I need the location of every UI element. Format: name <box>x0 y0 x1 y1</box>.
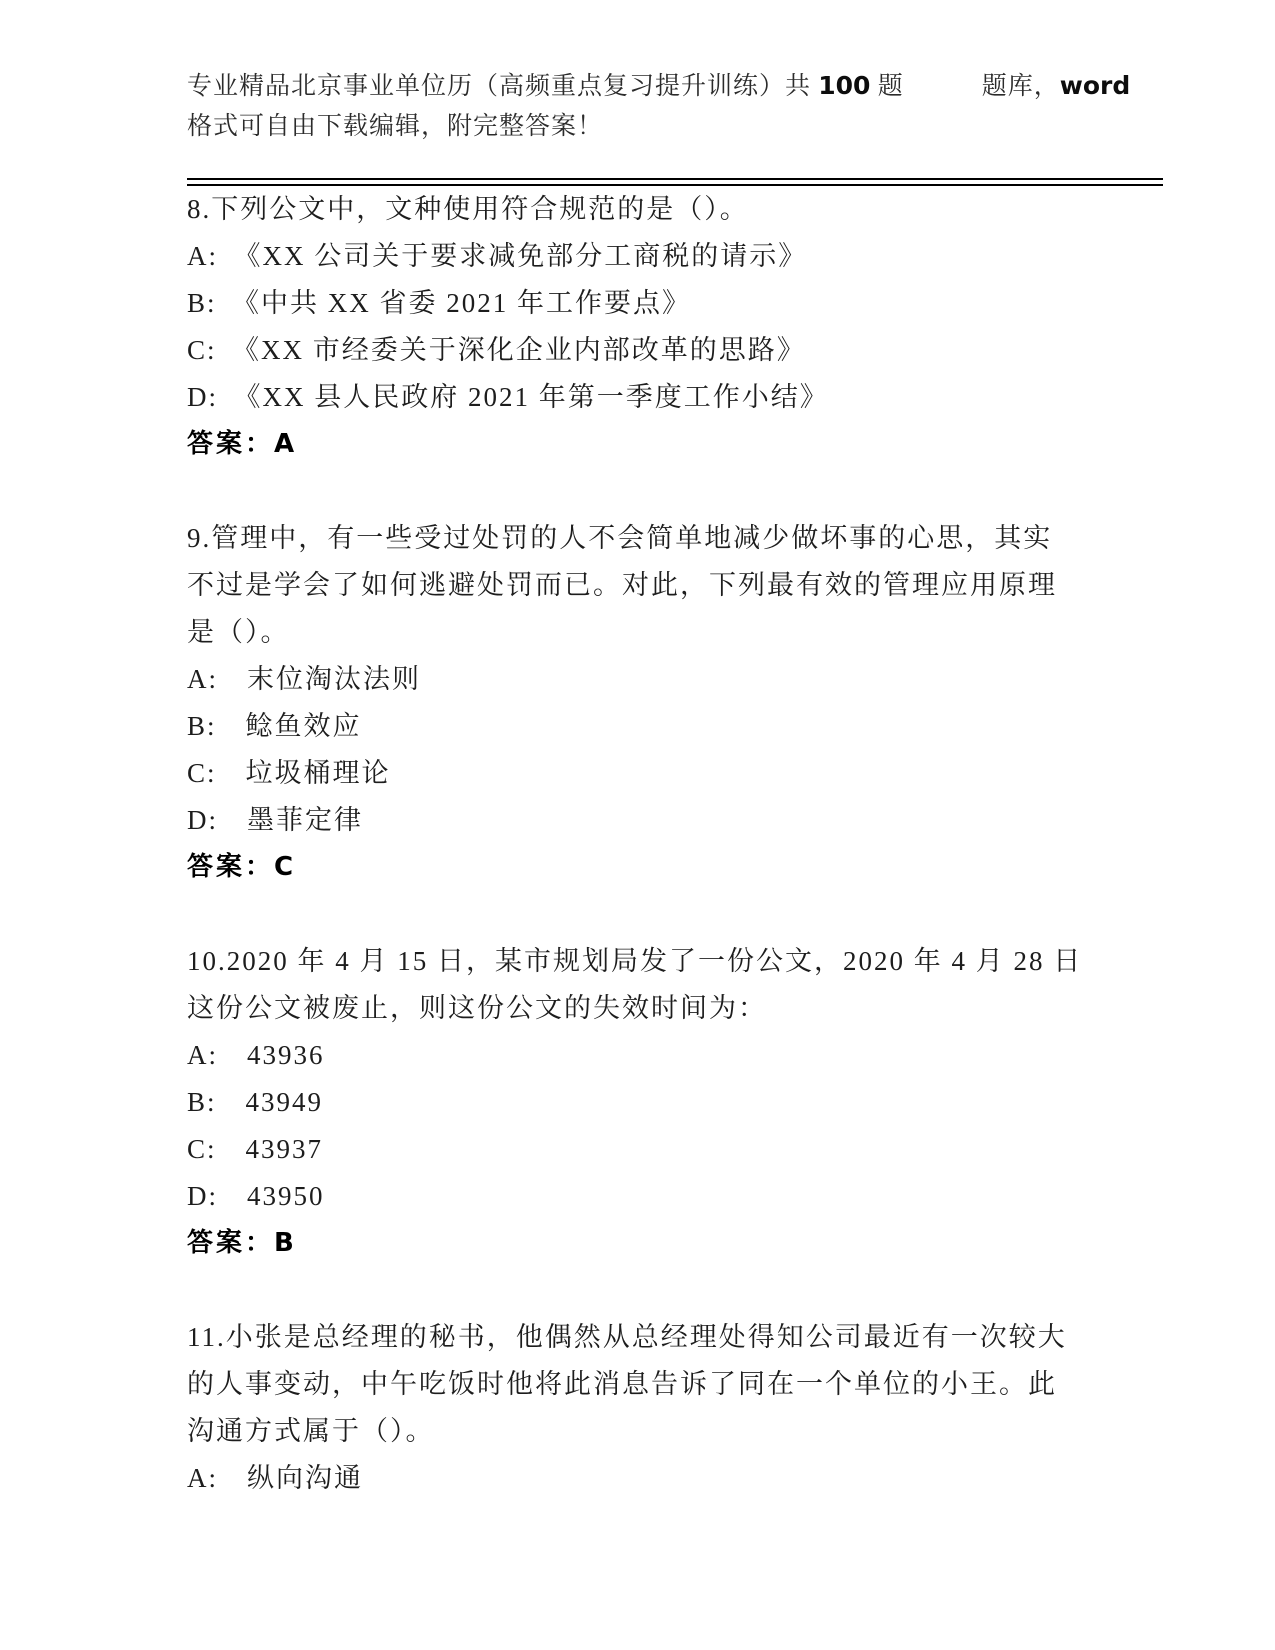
question-10-option-a: A: 43936 <box>187 1032 1163 1079</box>
question-10-option-c: C: 43937 <box>187 1126 1163 1173</box>
question-11-stem-line-1: 11.小张是总经理的秘书，他偶然从总经理处得知公司最近有一次较大 <box>187 1314 1163 1361</box>
question-9-option-c: C: 垃圾桶理论 <box>187 750 1163 797</box>
question-11-option-a: A: 纵向沟通 <box>187 1455 1163 1502</box>
header-rule <box>187 178 1163 186</box>
answer-value: B <box>274 1228 297 1258</box>
question-10-option-b: B: 43949 <box>187 1079 1163 1126</box>
question-9-stem-line-3: 是（）。 <box>187 609 1163 656</box>
question-9-option-d: D: 墨菲定律 <box>187 797 1163 844</box>
header-line-1: 专业精品北京事业单位历（高频重点复习提升训练）共 100 题 题库，word <box>187 66 1163 107</box>
question-11-stem-line-2: 的人事变动，中午吃饭时他将此消息告诉了同在一个单位的小王。此 <box>187 1361 1163 1408</box>
question-10: 10.2020 年 4 月 15 日，某市规划局发了一份公文，2020 年 4 … <box>187 938 1163 1267</box>
header-title-text: 专业精品北京事业单位历（高频重点复习提升训练）共 <box>187 73 818 100</box>
question-11: 11.小张是总经理的秘书，他偶然从总经理处得知公司最近有一次较大 的人事变动，中… <box>187 1314 1163 1502</box>
question-9-stem-line-1: 9.管理中，有一些受过处罚的人不会简单地减少做坏事的心思，其实 <box>187 515 1163 562</box>
question-10-option-d: D: 43950 <box>187 1173 1163 1220</box>
question-9-stem-line-2: 不过是学会了如何逃避处罚而已。对此，下列最有效的管理应用原理 <box>187 562 1163 609</box>
question-9-answer: 答案：C <box>187 844 1163 891</box>
question-10-answer: 答案：B <box>187 1220 1163 1267</box>
document-page: 专业精品北京事业单位历（高频重点复习提升训练）共 100 题 题库，word 格… <box>0 0 1275 1650</box>
answer-label: 答案： <box>187 852 274 882</box>
header-title-text-2: 题 题库， <box>870 73 1059 100</box>
header-question-count: 100 <box>818 71 870 100</box>
question-9: 9.管理中，有一些受过处罚的人不会简单地减少做坏事的心思，其实 不过是学会了如何… <box>187 515 1163 891</box>
document-body: 8.下列公文中，文种使用符合规范的是（）。 A: 《XX 公司关于要求减免部分工… <box>187 186 1163 1502</box>
question-11-stem-line-3: 沟通方式属于（）。 <box>187 1408 1163 1455</box>
answer-label: 答案： <box>187 1228 274 1258</box>
header-word-label: word <box>1060 71 1131 100</box>
question-8-option-b: B: 《中共 XX 省委 2021 年工作要点》 <box>187 280 1163 327</box>
question-8-stem: 8.下列公文中，文种使用符合规范的是（）。 <box>187 186 1163 233</box>
answer-label: 答案： <box>187 429 274 459</box>
question-10-stem-line-2: 这份公文被废止，则这份公文的失效时间为： <box>187 985 1163 1032</box>
question-8-option-a: A: 《XX 公司关于要求减免部分工商税的请示》 <box>187 233 1163 280</box>
document-header: 专业精品北京事业单位历（高频重点复习提升训练）共 100 题 题库，word 格… <box>187 66 1163 147</box>
question-8-answer: 答案：A <box>187 421 1163 468</box>
header-line-2: 格式可自由下载编辑，附完整答案！ <box>187 107 1163 147</box>
question-9-option-b: B: 鲶鱼效应 <box>187 703 1163 750</box>
question-8-option-d: D: 《XX 县人民政府 2021 年第一季度工作小结》 <box>187 374 1163 421</box>
answer-value: C <box>274 852 296 882</box>
question-8: 8.下列公文中，文种使用符合规范的是（）。 A: 《XX 公司关于要求减免部分工… <box>187 186 1163 468</box>
question-10-stem-line-1: 10.2020 年 4 月 15 日，某市规划局发了一份公文，2020 年 4 … <box>187 938 1163 985</box>
answer-value: A <box>274 429 297 459</box>
question-8-option-c: C: 《XX 市经委关于深化企业内部改革的思路》 <box>187 327 1163 374</box>
question-9-option-a: A: 末位淘汰法则 <box>187 656 1163 703</box>
